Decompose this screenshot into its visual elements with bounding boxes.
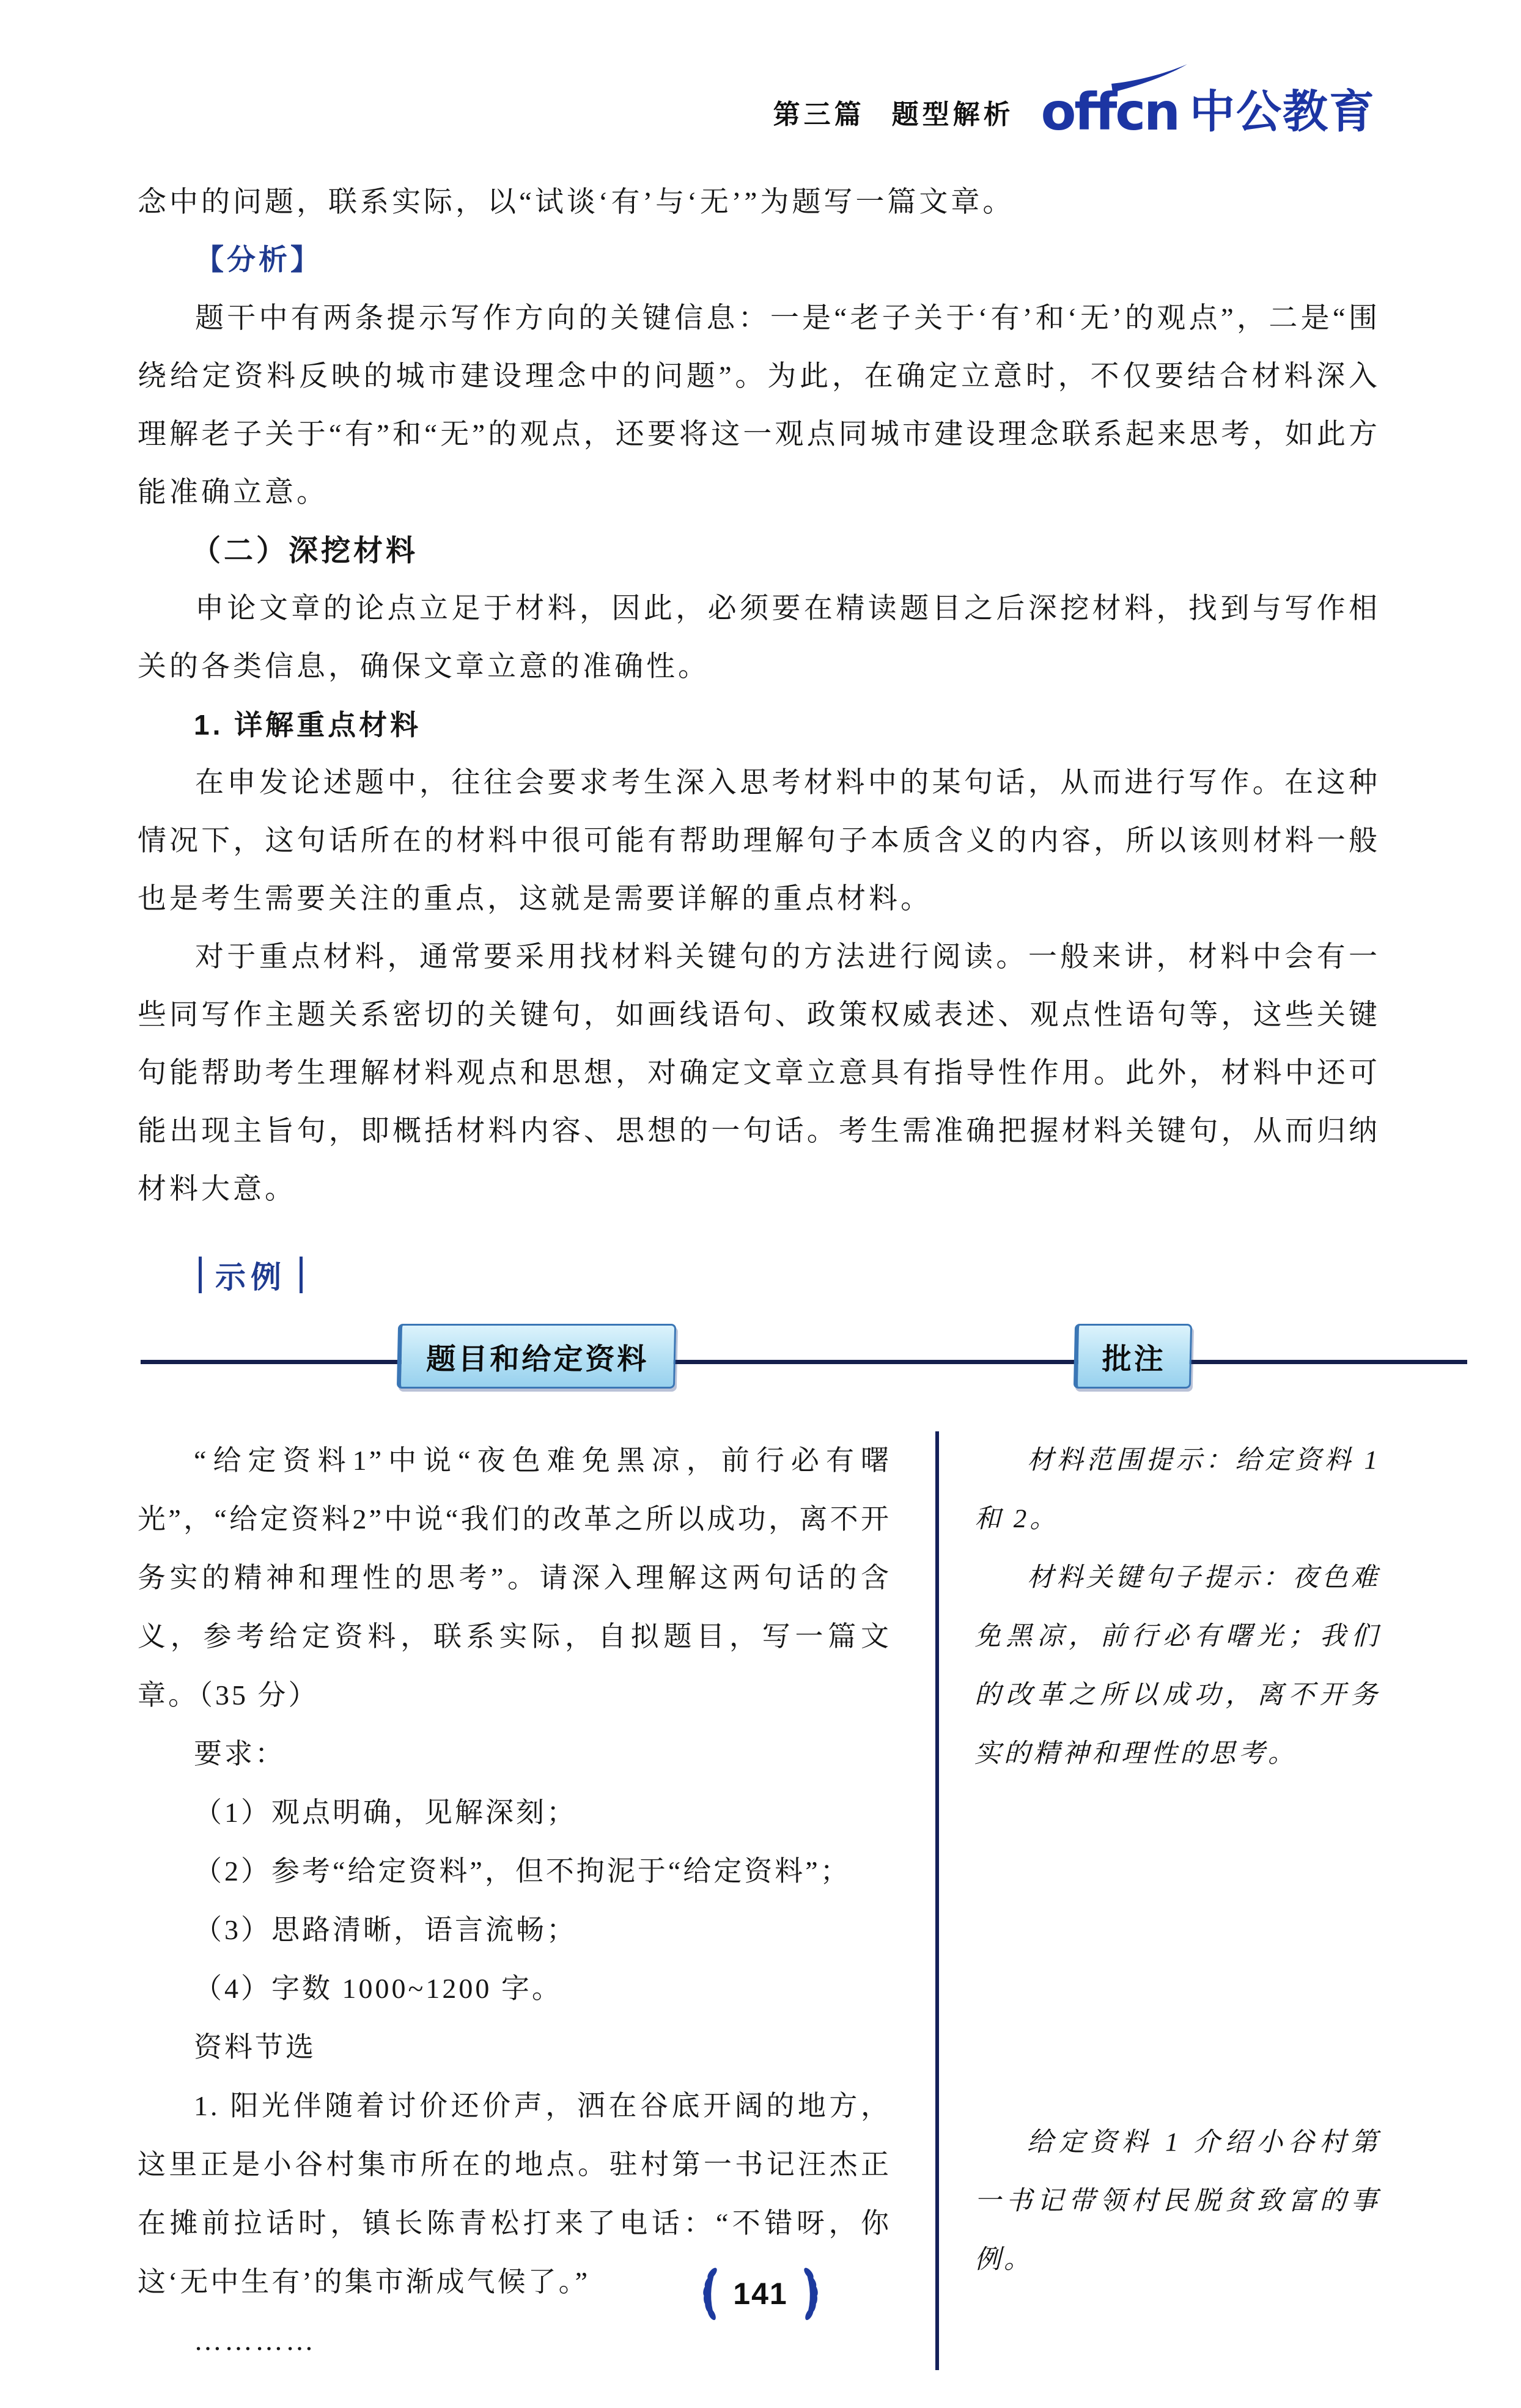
- tab-question-and-material: 题目和给定资料: [397, 1324, 676, 1389]
- sub1-heading: 1. 详解重点材料: [138, 696, 1380, 754]
- book-page: 第三篇 题型解析 offcn 中公教育 念中的问题，联系实际，以“试谈‘有’与‘…: [0, 0, 1521, 2408]
- analysis-label: 【分析】: [138, 232, 1380, 290]
- analysis-paragraph: 题干中有两条提示写作方向的关键信息：一是“老子关于‘有’和‘无’的观点”，二是“…: [138, 290, 1380, 522]
- sub1-paragraph-1: 在申发论述题中，往往会要求考生深入思考材料中的某句话，从而进行写作。在这种情况下…: [138, 754, 1380, 928]
- example-header: 题目和给定资料 批注: [138, 1324, 1380, 1411]
- tab-annotation: 批注: [1074, 1324, 1192, 1389]
- laurel-left-icon: [690, 2265, 723, 2322]
- requirement-item-2: （2）参考“给定资料”，但不拘泥于“给定资料”；: [138, 1842, 891, 1901]
- requirements-label: 要求：: [138, 1725, 891, 1783]
- page-number: 141: [733, 2276, 787, 2311]
- question-paragraph: “给定资料1”中说“夜色难免黑凉，前行必有曙光”，“给定资料2”中说“我们的改革…: [138, 1431, 891, 1725]
- annotation-material-scope: 材料范围提示：给定资料 1 和 2。: [974, 1431, 1380, 1549]
- example-label-bar-left: [199, 1257, 202, 1293]
- continuation-paragraph: 念中的问题，联系实际，以“试谈‘有’与‘无’”为题写一篇文章。: [138, 174, 1380, 232]
- laurel-right-icon: [798, 2265, 831, 2322]
- requirement-item-3: （3）思路清晰，语言流畅；: [138, 1901, 891, 1959]
- section2-heading: （二）深挖材料: [138, 522, 1380, 580]
- requirement-item-1: （1）观点明确，见解深刻；: [138, 1783, 891, 1842]
- sub1-paragraph-2: 对于重点材料，通常要采用找材料关键句的方法进行阅读。一般来讲，材料中会有一些同写…: [138, 928, 1380, 1219]
- excerpt-label: 资料节选: [138, 2018, 891, 2077]
- annotation-key-sentences: 材料关键句子提示：夜色难免黑凉，前行必有曙光；我们的改革之所以成功，离不开务实的…: [974, 1549, 1380, 1783]
- section2-paragraph: 申论文章的论点立足于材料，因此，必须要在精读题目之后深挖材料，找到与写作相关的各…: [138, 580, 1380, 696]
- example-header-rule: [141, 1360, 1467, 1364]
- tab-question-and-material-label: 题目和给定资料: [426, 1335, 649, 1378]
- example-label-text: 示例: [215, 1253, 286, 1297]
- example-body: “给定资料1”中说“夜色难免黑凉，前行必有曙光”，“给定资料2”中说“我们的改革…: [138, 1411, 1380, 2370]
- tab-annotation-label: 批注: [1102, 1335, 1166, 1378]
- page-footer: 141: [0, 2265, 1521, 2322]
- question-column: “给定资料1”中说“夜色难免黑凉，前行必有曙光”，“给定资料2”中说“我们的改革…: [138, 1431, 935, 2370]
- example-label: 示例: [185, 1242, 1380, 1308]
- page-content: 念中的问题，联系实际，以“试谈‘有’与‘无’”为题写一篇文章。 【分析】 题干中…: [138, 0, 1380, 2370]
- annotation-column: 材料范围提示：给定资料 1 和 2。 材料关键句子提示：夜色难免黑凉，前行必有曙…: [939, 1431, 1380, 2370]
- requirement-item-4: （4）字数 1000~1200 字。: [138, 1959, 891, 2018]
- example-label-bar-right: [300, 1257, 303, 1293]
- annotation-material-1-summary: 给定资料 1 介绍小谷村第一书记带领村民脱贫致富的事例。: [974, 2113, 1380, 2289]
